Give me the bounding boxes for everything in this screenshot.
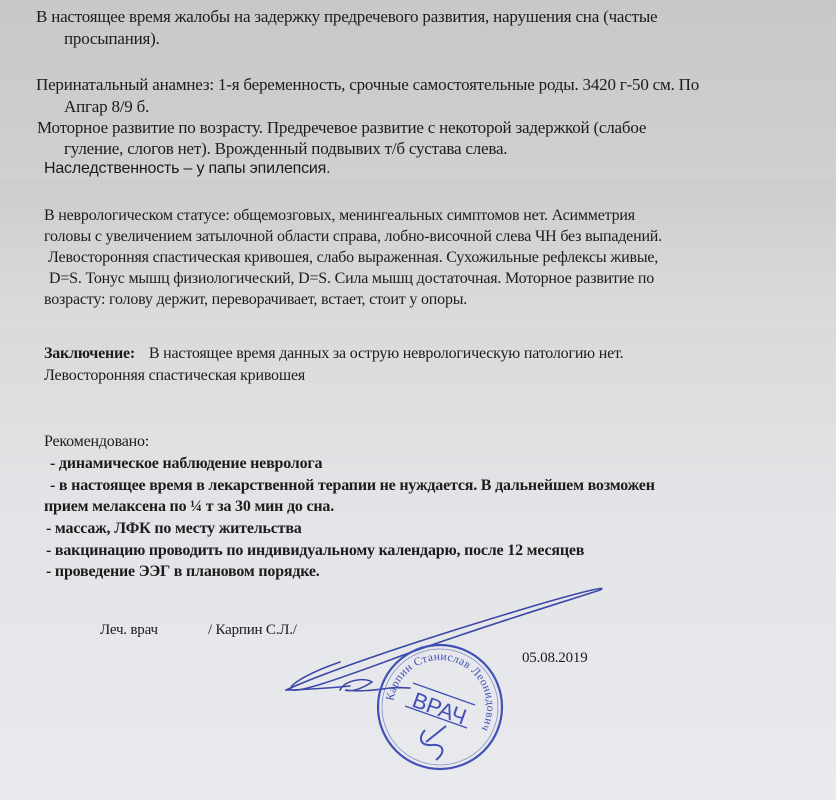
signature-and-stamp: Карпин Станислав Леонидович ВРАЧ [0, 0, 836, 800]
handwritten-signature [286, 588, 602, 690]
stamp-center-text: ВРАЧ [409, 687, 470, 729]
